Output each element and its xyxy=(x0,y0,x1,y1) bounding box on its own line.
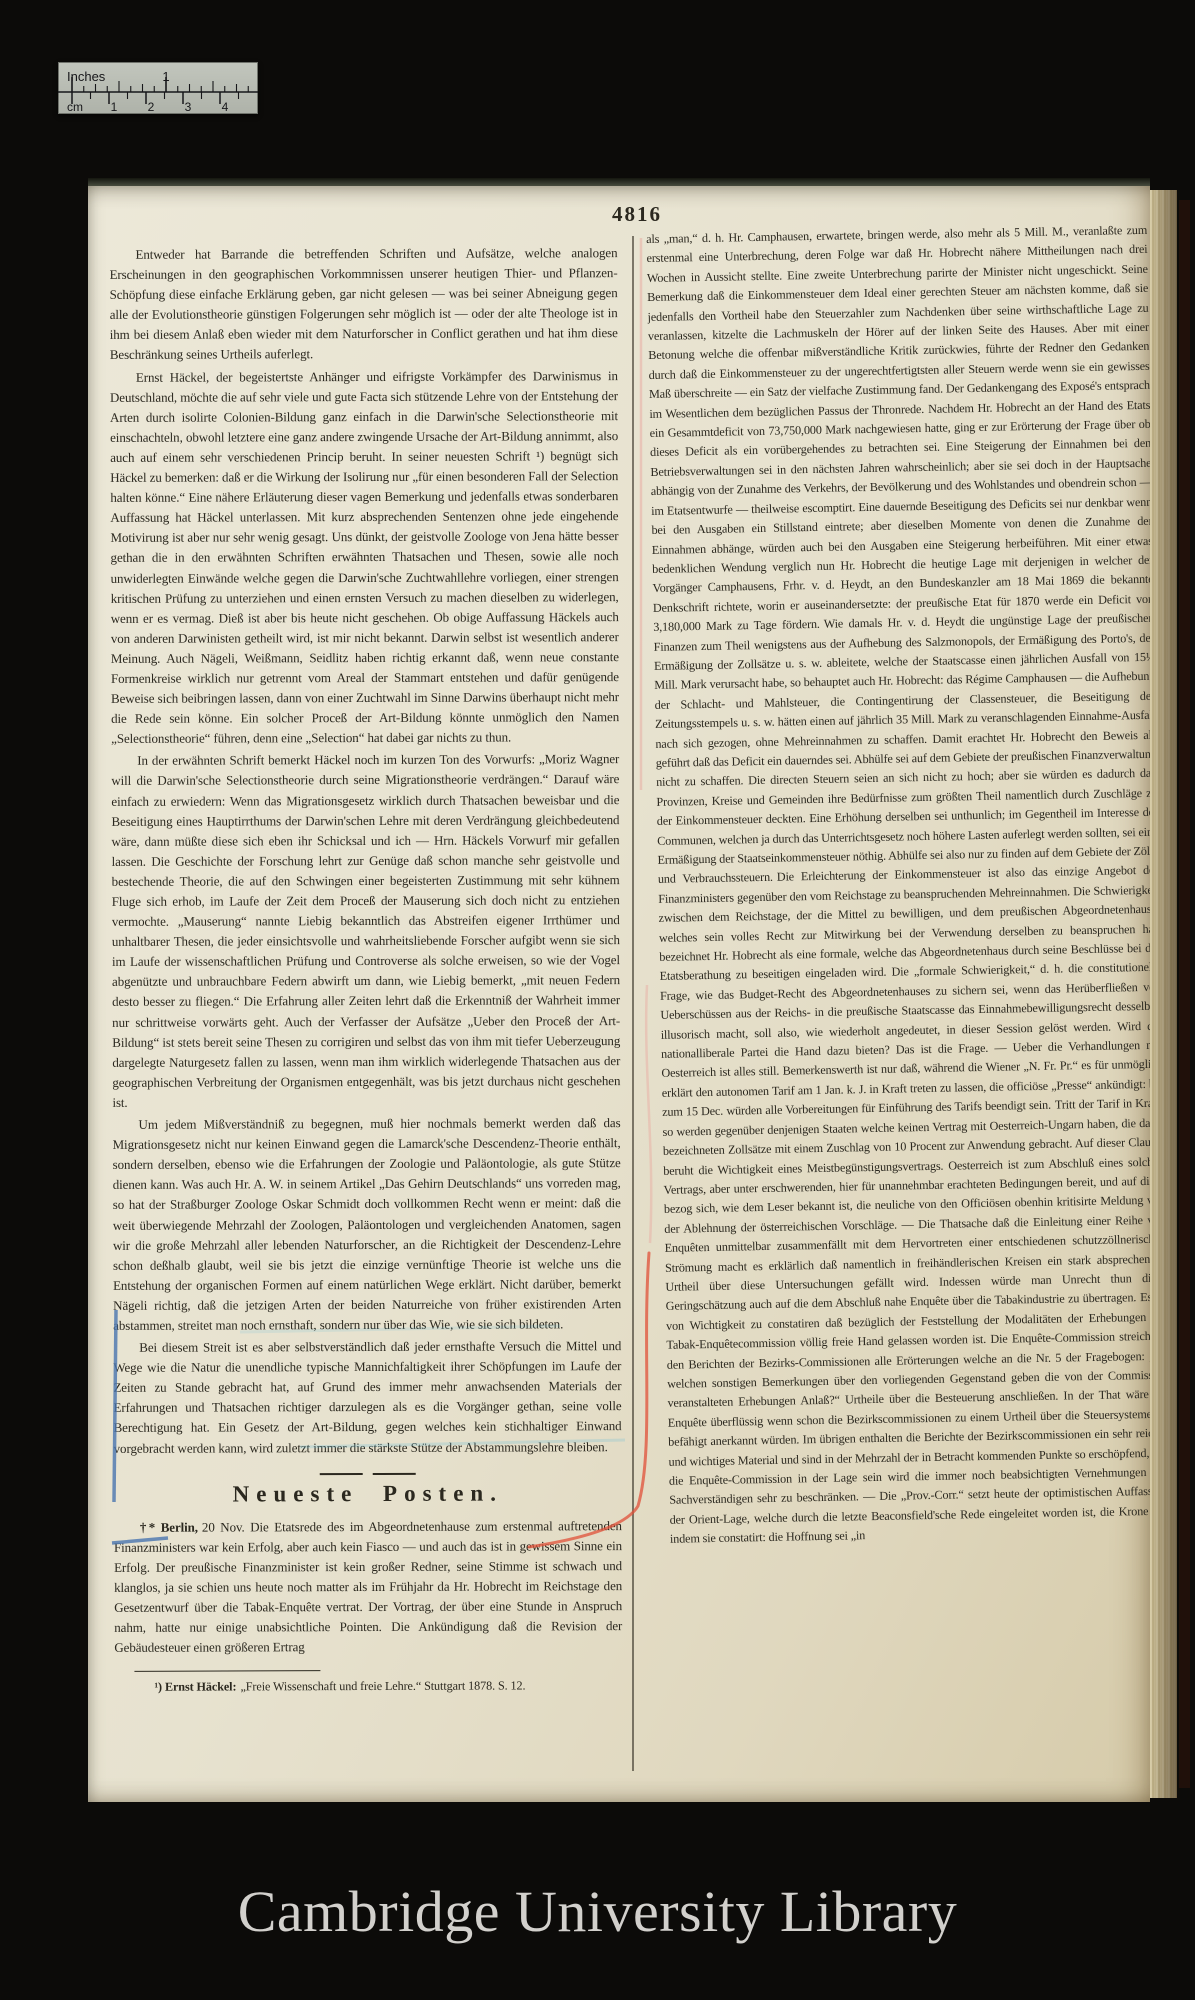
paragraph: Bei diesem Streit ist es aber selbstvers… xyxy=(113,1336,621,1458)
svg-text:3: 3 xyxy=(185,100,192,114)
text-chunk: als „man,“ d. h. Hr. Camphausen, erwarte… xyxy=(646,223,1150,421)
text-chunk: Die Erleichterung der Einkommensteuer is… xyxy=(658,863,1163,1119)
text-chunk: Tritt der Tarif in Kraft, so werden gege… xyxy=(662,1096,1166,1313)
svg-text:4: 4 xyxy=(222,100,229,114)
left-column: Entweder hat Barrande die betreffenden S… xyxy=(109,243,622,1710)
section-heading: Neueste Posten. xyxy=(114,1483,622,1505)
column-divider-rule xyxy=(632,236,634,1771)
svg-text:1: 1 xyxy=(162,69,169,84)
text-chunk: Es ist von Wichtigkeit zu constatiren da… xyxy=(666,1290,1171,1546)
section-divider xyxy=(320,1472,416,1474)
paragraph: Um jedem Mißverständniß zu begegnen, muß… xyxy=(112,1113,621,1336)
berlin-dispatch-paragraph: †* Berlin,20 Nov. Die Etatsrede des im A… xyxy=(114,1516,622,1658)
paragraph: Entweder hat Barrande die betreffenden S… xyxy=(109,243,617,365)
footnote: ¹) Ernst Häckel:„Freie Wissenschaft und … xyxy=(114,1677,622,1696)
paragraph: Ernst Häckel, der begeistertste Anhänger… xyxy=(110,366,619,750)
library-watermark: Cambridge University Library xyxy=(0,1878,1195,1945)
book-cover-edge xyxy=(1179,200,1190,1788)
dispatch-text: 20 Nov. Die Etatsrede des im Abgeordnete… xyxy=(114,1518,622,1655)
paragraph: In der erwähnten Schrift bemerkt Häckel … xyxy=(111,749,620,1112)
ruler-inches-label: Inches xyxy=(67,69,106,84)
ruler-cm-label: cm xyxy=(67,100,83,114)
book-fore-edge xyxy=(1150,190,1177,1798)
svg-text:1: 1 xyxy=(111,100,118,114)
right-column: als „man,“ d. h. Hr. Camphausen, erwarte… xyxy=(646,221,1175,1778)
dateline: †* Berlin, xyxy=(140,1519,198,1534)
library-scan-photo: Inches cm 11234 4816 Entweder hat Barran… xyxy=(0,0,1195,2000)
text-chunk: Nachdem Hr. Hobrecht an der Hand des Eta… xyxy=(650,397,1154,634)
text-chunk: Wie damals Hr. v. d. Heydt die ungünstig… xyxy=(654,611,1159,886)
ruler-scale: Inches cm 11234 xyxy=(58,62,258,114)
footnote-marker: ¹) Ernst Häckel: xyxy=(154,1680,236,1694)
continued-article-text: als „man,“ d. h. Hr. Camphausen, erwarte… xyxy=(646,221,1171,1550)
footnote-rule xyxy=(134,1671,320,1673)
svg-text:2: 2 xyxy=(148,100,155,114)
footnote-text: „Freie Wissenschaft und freie Lehre.“ St… xyxy=(240,1679,525,1694)
measurement-ruler: Inches cm 11234 xyxy=(58,62,258,114)
scanned-page: 4816 Entweder hat Barrande die betreffen… xyxy=(88,186,1150,1802)
